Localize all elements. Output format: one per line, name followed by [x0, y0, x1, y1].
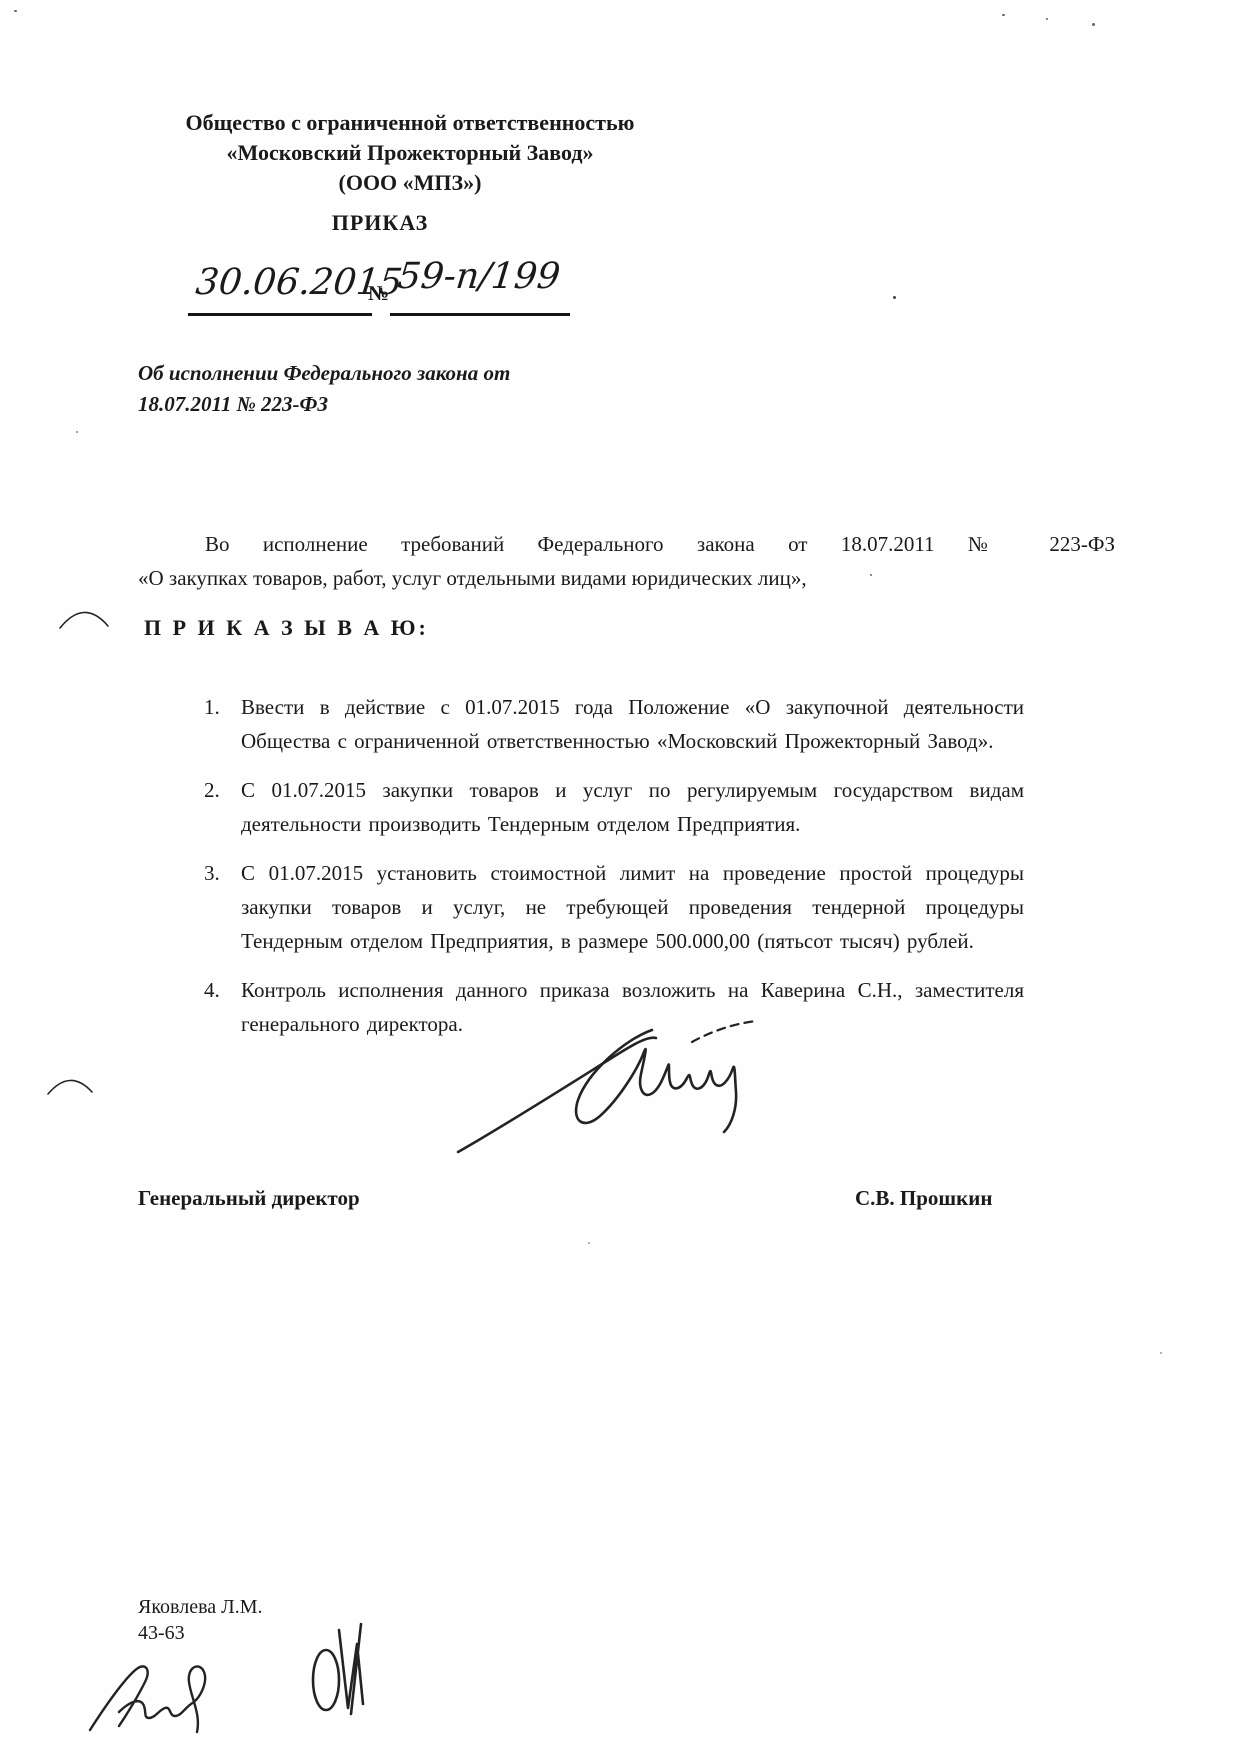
org-name-block: Общество с ограниченной ответственностью…	[120, 108, 700, 198]
subject-line2: 18.07.2011 № 223-ФЗ	[138, 389, 698, 420]
number-sign: №	[368, 281, 389, 306]
paraph-mark	[310, 1616, 372, 1718]
intro-line2: «О закупках товаров, работ, услуг отдель…	[138, 561, 1115, 595]
scan-speck	[588, 1242, 590, 1244]
org-name-line3: (ООО «МПЗ»)	[120, 168, 700, 198]
margin-arc-bottom	[46, 1066, 94, 1098]
executor-signature	[86, 1660, 220, 1740]
order-items-list: 1. Ввести в действие с 01.07.2015 года П…	[204, 690, 1024, 1056]
org-name-line1: Общество с ограниченной ответственностью	[120, 108, 700, 138]
scan-speck	[1092, 23, 1095, 26]
order-item-2-number: 2.	[204, 773, 220, 807]
intro-line1: Во исполнение требований Федерального за…	[138, 527, 1115, 561]
director-name: С.В. Прошкин	[855, 1186, 992, 1211]
date-underline	[188, 313, 372, 316]
order-item-3: 3. С 01.07.2015 установить стоимостной л…	[204, 856, 1024, 958]
executor-name: Яковлева Л.М.	[138, 1596, 262, 1619]
number-underline	[390, 313, 570, 316]
executor-phone: 43-63	[138, 1622, 185, 1645]
margin-arc-top	[58, 596, 110, 632]
order-item-2-text: С 01.07.2015 закупки товаров и услуг по …	[241, 773, 1024, 841]
order-item-1-text: Ввести в действие с 01.07.2015 года Поло…	[241, 690, 1024, 758]
scan-speck	[14, 10, 17, 12]
scan-speck	[1046, 18, 1048, 20]
subject-block: Об исполнении Федерального закона от 18.…	[138, 358, 698, 420]
order-item-3-number: 3.	[204, 856, 220, 890]
scan-speck	[893, 296, 896, 299]
order-item-2: 2. С 01.07.2015 закупки товаров и услуг …	[204, 773, 1024, 841]
director-title: Генеральный директор	[138, 1186, 360, 1211]
scan-speck	[870, 574, 872, 576]
scan-speck	[1002, 14, 1005, 16]
scanned-order-page: Общество с ограниченной ответственностью…	[0, 0, 1240, 1753]
order-item-4-number: 4.	[204, 973, 220, 1007]
org-name-line2: «Московский Прожекторный Завод»	[120, 138, 700, 168]
order-item-3-text: С 01.07.2015 установить стоимостной лими…	[241, 856, 1024, 958]
order-heading: П Р И К А З Ы В А Ю:	[144, 615, 429, 641]
order-item-1-number: 1.	[204, 690, 220, 724]
subject-line1: Об исполнении Федерального закона от	[138, 358, 698, 389]
handwritten-order-number: 59-п/199	[396, 256, 562, 297]
intro-paragraph: Во исполнение требований Федерального за…	[138, 527, 1115, 595]
scan-speck	[1160, 1352, 1162, 1354]
director-signature	[452, 1016, 762, 1164]
order-item-1: 1. Ввести в действие с 01.07.2015 года П…	[204, 690, 1024, 758]
document-type-title: ПРИКАЗ	[120, 210, 640, 236]
scan-speck	[76, 431, 78, 433]
